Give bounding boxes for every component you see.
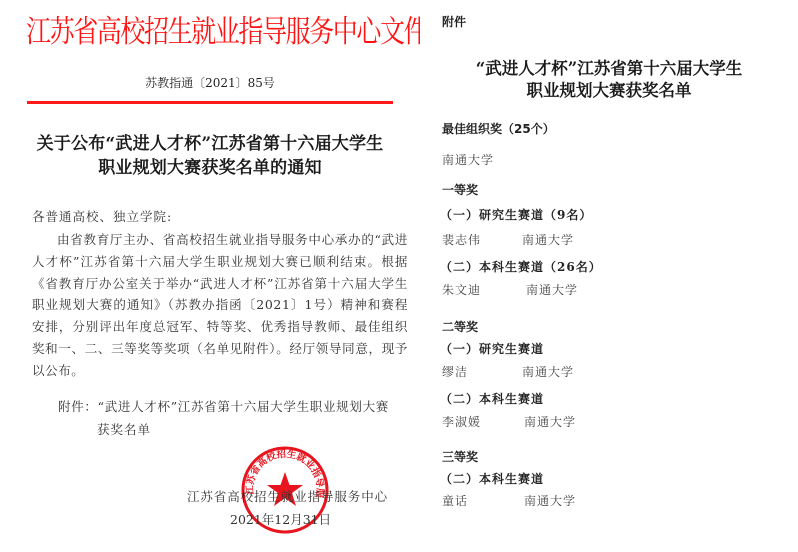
list-item: 裴志伟南通大学 xyxy=(442,231,574,248)
notice-title-line-2: 职业规划大赛获奖名单的通知 xyxy=(0,156,420,180)
winner-org: 南通大学 xyxy=(522,233,574,247)
signature-date: 2021年12月31日 xyxy=(230,510,331,528)
second-prize-track-1: （一）研究生赛道 xyxy=(440,340,544,357)
body-paragraph: 由省教育厅主办、省高校招生就业指导服务中心承办的“武进人才杯”江苏省第十六届大学… xyxy=(32,229,408,382)
attachment-reference: 附件：“武进人才杯”江苏省第十六届大学生职业规划大赛 xyxy=(58,397,389,415)
document-header-title: 江苏省高校招生就业指导服务中心文件 xyxy=(26,8,406,52)
notice-title-line-1: 关于公布“武进人才杯”江苏省第十六届大学生 xyxy=(0,132,420,156)
winner-org: 南通大学 xyxy=(524,494,576,508)
award-list-title-line-1: “武进人才杯”江苏省第十六届大学生 xyxy=(420,58,798,80)
award-list-title: “武进人才杯”江苏省第十六届大学生 职业规划大赛获奖名单 xyxy=(420,58,798,102)
notice-title: 关于公布“武进人才杯”江苏省第十六届大学生 职业规划大赛获奖名单的通知 xyxy=(0,132,420,180)
document-number: 苏教指通〔2021〕85号 xyxy=(0,74,420,91)
award-list-title-line-2: 职业规划大赛获奖名单 xyxy=(420,80,798,102)
list-item: 李淑媛南通大学 xyxy=(442,413,576,430)
list-item: 童话南通大学 xyxy=(442,492,576,509)
winner-name: 朱文迪 xyxy=(442,281,526,298)
attachment-label: 附件 xyxy=(442,13,466,30)
list-item: 缪洁南通大学 xyxy=(442,363,574,380)
third-prize-track-1: （二）本科生赛道 xyxy=(440,470,544,487)
second-prize-track-2: （二）本科生赛道 xyxy=(440,390,544,407)
best-organization-heading: 最佳组织奖（25个） xyxy=(442,120,555,137)
winner-name: 童话 xyxy=(442,492,524,509)
first-prize-track-2: （二）本科生赛道（26名） xyxy=(440,258,602,275)
attachment-reference-cont: 获奖名单 xyxy=(97,420,151,438)
first-prize-heading: 一等奖 xyxy=(442,181,478,198)
second-prize-heading: 二等奖 xyxy=(442,318,478,335)
notice-page: 江苏省高校招生就业指导服务中心文件 苏教指通〔2021〕85号 关于公布“武进人… xyxy=(0,0,420,552)
winner-name: 缪洁 xyxy=(442,363,522,380)
salutation: 各普通高校、独立学院: xyxy=(32,207,172,225)
winner-name: 李淑媛 xyxy=(442,413,524,430)
third-prize-heading: 三等奖 xyxy=(442,448,478,465)
award-list-page: 附件 “武进人才杯”江苏省第十六届大学生 职业规划大赛获奖名单 最佳组织奖（25… xyxy=(420,0,798,552)
winner-org: 南通大学 xyxy=(522,365,574,379)
winner-name: 裴志伟 xyxy=(442,231,522,248)
first-prize-track-1: （一）研究生赛道（9名） xyxy=(440,206,592,223)
signature-organization: 江苏省高校招生就业指导服务中心 xyxy=(187,487,388,505)
red-divider-rule xyxy=(27,101,393,104)
list-item: 朱文迪南通大学 xyxy=(442,281,578,298)
best-organization-item: 南通大学 xyxy=(442,151,494,168)
winner-org: 南通大学 xyxy=(524,415,576,429)
winner-org: 南通大学 xyxy=(526,283,578,297)
